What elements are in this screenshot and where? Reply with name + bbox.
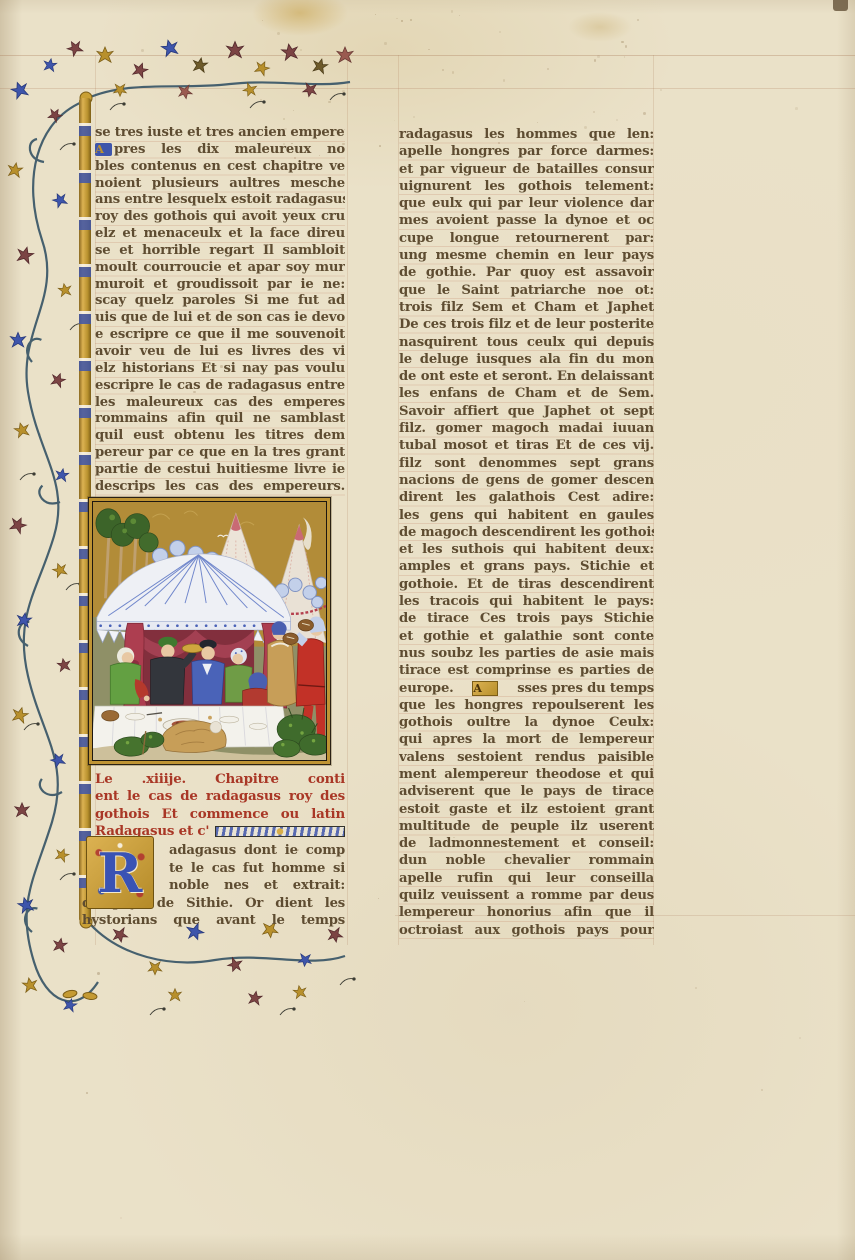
text-line: cupe longue retournerent par: [399, 230, 654, 247]
text-line: avoir veu de lui es livres des vi [95, 344, 345, 361]
speck [379, 145, 381, 147]
text-line: les enfans de Cham et de Sem. [399, 385, 654, 402]
speck [537, 122, 539, 124]
text-line: noient plusieurs aultres mesche [95, 176, 345, 193]
text-line: mes avoient passe la dynoe et oc [399, 212, 654, 229]
text-line: De ces trois filz et de leur posterite [399, 316, 654, 333]
text-line: les maleureux cas des emperes [95, 395, 345, 412]
text-line: filz. gomer magoch madai iuuan [399, 420, 654, 437]
text-line: et les suthois qui habitent deux: [399, 541, 654, 558]
speck [795, 107, 798, 110]
text-line: descrips les cas des empereurs. [95, 479, 345, 496]
speck [799, 1037, 801, 1039]
text-line: valens sestoient rendus paisible [399, 749, 654, 766]
ruling-line [347, 55, 348, 945]
text-line: de tirace Ces trois pays Stichie [399, 610, 654, 627]
text-line: pereur par ce que en la tres grant [95, 445, 345, 462]
text-line: e escripre ce que il me souvenoit [95, 327, 345, 344]
speck [621, 41, 623, 43]
text-line: dirent les galathois Cest adire: [399, 489, 654, 506]
text-line: octroiast aux gothois pays pour [399, 922, 654, 939]
left-text-column: se tres iuste et tres ancien empereurApr… [95, 125, 345, 496]
manuscript-page: se tres iuste et tres ancien empereurApr… [0, 0, 855, 1260]
text-line: europe.Asses pres du temps [399, 680, 654, 697]
speck [524, 1001, 525, 1002]
text-line: qui apres la mort de lempereur [399, 731, 654, 748]
speck [97, 972, 100, 975]
speck [384, 42, 386, 44]
text-line: roy des gothois qui avoit yeux cru [95, 209, 345, 226]
parchment-stain [252, 0, 348, 36]
speck [643, 112, 646, 115]
speck [442, 69, 444, 71]
text-line: elz historians Et si nay pas voulu [95, 361, 345, 378]
parchment-stain [568, 12, 632, 42]
text-line: Le .xiiije. Chapitre conti [95, 771, 345, 788]
ruling-line [0, 55, 855, 56]
text-line: gothois Et commence ou latin [95, 806, 345, 823]
text-line: se et horrible regart Il sambloit [95, 243, 345, 260]
speck [616, 119, 618, 121]
text-line: rommains afin quil ne samblast [95, 411, 345, 428]
text-segment: pres les dix maleureux no [114, 142, 345, 157]
text-line: lempereur honorius afin que il [399, 904, 654, 921]
text-line: hystorians que avant le temps [82, 912, 345, 930]
speck [593, 111, 595, 113]
text-line: estoit gaste et ilz estoient grant [399, 801, 654, 818]
speck [141, 49, 144, 52]
speck [293, 110, 294, 111]
folio-corner-mark [833, 0, 848, 11]
text-line: de magoch descendirent les gothois [399, 524, 654, 541]
text-line: uignurent les gothois telement: [399, 178, 654, 195]
text-line: partie de cestui huitiesme livre ie [95, 462, 345, 479]
text-line: radagasus les hommes que len: [399, 126, 654, 143]
indented-lines: adagasus dont ie compte le cas fut homme… [169, 842, 345, 895]
text-line: tubal mosot et tiras Et de ces vij. [399, 437, 654, 454]
speck [499, 31, 501, 33]
text-line: tirace est comprinse es parties de [399, 662, 654, 679]
speck [328, 101, 331, 104]
text-line: muroit et groudissoit par ie ne: [95, 277, 345, 294]
speck [396, 18, 397, 19]
initial-letter: R [98, 846, 143, 900]
speck [86, 1092, 88, 1094]
text-line: moult courroucie et apar soy mur [95, 260, 345, 277]
text-line: adviserent que le pays de tirace [399, 783, 654, 800]
text-line: et par vigueur de batailles consur [399, 161, 654, 178]
text-line: nacions de gens de gomer descen [399, 472, 654, 489]
speck [459, 15, 460, 16]
text-line: bles contenus en cest chapitre ve [95, 159, 345, 176]
text-line: gothoie. Et de tiras descendirent [399, 576, 654, 593]
speck [120, 1217, 122, 1219]
line-filler-ornament [215, 826, 345, 837]
text-line: ent le cas de radagasus roy des [95, 788, 345, 805]
speck [451, 10, 454, 13]
text-line: nasquirent tous ceulx qui depuis [399, 334, 654, 351]
speck [413, 116, 415, 118]
miniature-camp-feast-scene [93, 502, 326, 760]
text-line: scay quelz paroles Si me fut ad [95, 293, 345, 310]
speck [277, 32, 280, 35]
text-line: apelle rufin qui leur conseilla [399, 870, 654, 887]
text-line: et gothie et galathie sont conte [399, 628, 654, 645]
speck [624, 56, 625, 57]
text-line: gothois oultre la dynoe Ceulx: [399, 714, 654, 731]
text-line: noble nes et extrait: [169, 877, 345, 895]
speck [625, 45, 628, 48]
miniature-frame [88, 497, 331, 765]
text-line: que les hongres repoulserent les [399, 697, 654, 714]
text-line: ung mesme chemin en leur pays [399, 247, 654, 264]
text-line: les gens qui habitent en gaules [399, 507, 654, 524]
text-segment: europe. [399, 680, 454, 697]
illuminated-small-initial: A [95, 143, 112, 156]
illuminated-initial-r: R [86, 836, 154, 909]
speck [38, 433, 41, 436]
text-line: filz sont denommes sept grans [399, 455, 654, 472]
text-line: de gothie. Par quoy est assavoir [399, 264, 654, 281]
speck [342, 90, 345, 93]
text-line: quil eust obtenu les titres dem [95, 428, 345, 445]
speck [401, 20, 402, 21]
speck [503, 79, 505, 81]
speck [547, 68, 549, 70]
text-line: de ont este et seront. En delaissant [399, 368, 654, 385]
speck [452, 71, 454, 73]
illuminated-inline-initial: A [472, 681, 498, 696]
rubric: Le .xiiije. Chapitre contient le cas de … [95, 771, 345, 841]
speck [378, 898, 379, 899]
text-line: dun noble chevalier rommain [399, 852, 654, 869]
text-line: Apres les dix maleureux no [95, 142, 345, 159]
text-line: uis que de lui et de son cas ie devoi [95, 310, 345, 327]
text-line: multitude de peuple ilz userent [399, 818, 654, 835]
ruling-line [0, 88, 855, 89]
speck [260, 99, 261, 100]
speck [594, 59, 596, 61]
text-line: trois filz Sem et Cham et Japhet [399, 299, 654, 316]
text-line: de ladmonnestement et conseil: [399, 835, 654, 852]
speck [300, 49, 302, 51]
text-line: que eulx qui par leur violence dar [399, 195, 654, 212]
speck [394, 120, 395, 121]
speck [695, 987, 697, 989]
speck [262, 20, 263, 21]
text-line: elz et menaceulx et la face direu [95, 226, 345, 243]
right-text-column: radagasus les hommes que len:apelle hong… [399, 126, 654, 939]
text-line: que le Saint patriarche noe ot: [399, 282, 654, 299]
text-line: se tres iuste et tres ancien empereur [95, 125, 345, 142]
text-line: le deluge iusques ala fin du mon [399, 351, 654, 368]
speck [761, 1089, 763, 1091]
text-line: adagasus dont ie comp [169, 842, 345, 860]
speck [410, 19, 412, 21]
speck [283, 118, 285, 120]
speck [637, 19, 639, 21]
text-line: ans entre lesquelx estoit radagasus [95, 192, 345, 209]
text-line: te le cas fut homme si [169, 860, 345, 878]
text-line: ment alempereur theodose et qui [399, 766, 654, 783]
text-line: les tracois qui habitent le pays: [399, 593, 654, 610]
speck [660, 89, 662, 91]
chapter-opening-paragraph: R adagasus dont ie compte le cas fut hom… [95, 842, 345, 930]
text-segment: sses pres du temps [517, 680, 654, 697]
speck [375, 14, 376, 15]
text-line: nus soubz les parties de asie mais [399, 645, 654, 662]
text-line: escripre le cas de radagasus entre [95, 378, 345, 395]
text-line: apelle hongres par force darmes: [399, 143, 654, 160]
text-line: amples et grans pays. Stichie et [399, 558, 654, 575]
text-line: quilz veuissent a romme par deus [399, 887, 654, 904]
text-line: Savoir affiert que Japhet ot sept [399, 403, 654, 420]
speck [428, 49, 429, 50]
